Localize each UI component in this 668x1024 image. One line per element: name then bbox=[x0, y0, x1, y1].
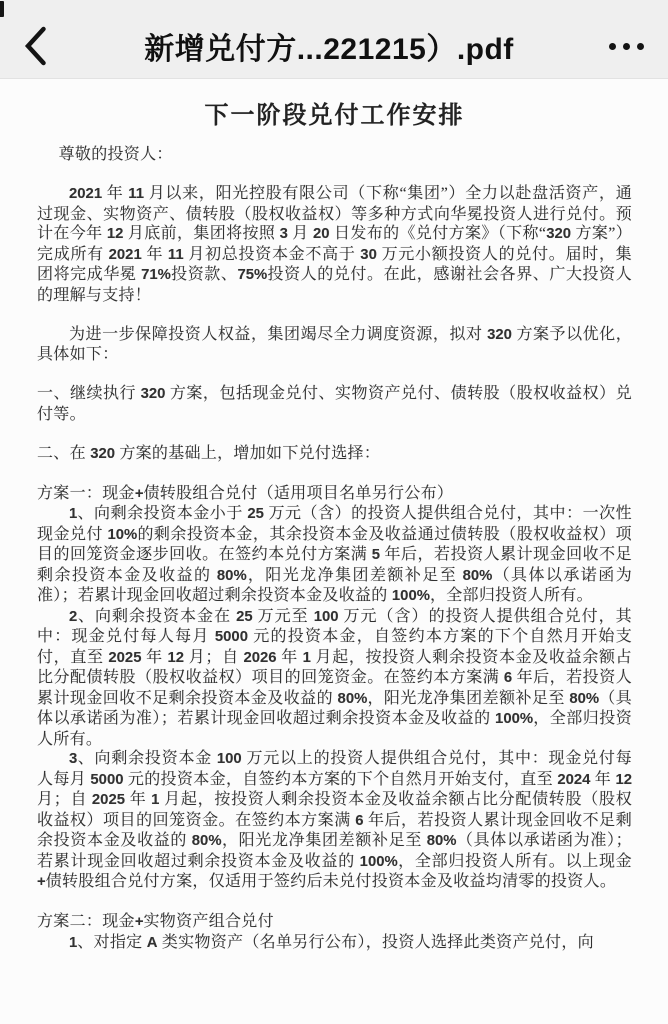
pdf-viewer-screen: 新增兑付方...221215）.pdf 下一阶段兑付工作安排 尊敬的投资人： 2… bbox=[0, 0, 668, 1024]
plan1-item-3: 3、向剩余投资本金 100 万元以上的投资人提供组合兑付，其中：现金兑付每人每月… bbox=[37, 749, 632, 893]
plan2-item-1: 1、对指定 A 类实物资产（名单另行公布），投资人选择此类资产兑付，向 bbox=[37, 933, 632, 954]
salutation: 尊敬的投资人： bbox=[37, 145, 632, 165]
section-2: 二、在 320 方案的基础上，增加如下兑付选择： bbox=[37, 444, 632, 465]
ellipsis-icon bbox=[609, 43, 616, 50]
screen-edge-artifact bbox=[0, 1, 4, 17]
plan1-item-2: 2、向剩余投资本金在 25 万元至 100 万元（含）的投资人提供组合兑付，其中… bbox=[37, 607, 632, 750]
pdf-page[interactable]: 下一阶段兑付工作安排 尊敬的投资人： 2021 年 11 月以来，阳光控股有限公… bbox=[0, 79, 668, 953]
more-button[interactable] bbox=[600, 24, 644, 68]
ellipsis-icon bbox=[637, 43, 644, 50]
chevron-left-icon bbox=[24, 26, 47, 66]
section-1: 一、继续执行 320 方案，包括现金兑付、实物资产兑付、债转股（股权收益权）兑付… bbox=[37, 384, 632, 424]
plan1-item-1: 1、向剩余投资本金小于 25 万元（含）的投资人提供组合兑付，其中：一次性现金兑… bbox=[37, 504, 632, 607]
top-bar: 新增兑付方...221215）.pdf bbox=[0, 0, 668, 79]
file-title: 新增兑付方...221215）.pdf bbox=[58, 24, 600, 68]
paragraph-optimize: 为进一步保障投资人权益，集团竭尽全力调度资源，拟对 320 方案予以优化，具体如… bbox=[37, 325, 632, 365]
ellipsis-icon bbox=[623, 43, 630, 50]
back-button[interactable] bbox=[24, 24, 58, 68]
paragraph-intro: 2021 年 11 月以来，阳光控股有限公司（下称“集团”）全力以赴盘活资产，通… bbox=[37, 184, 632, 305]
plan2-title: 方案二：现金+实物资产组合兑付 bbox=[37, 912, 632, 933]
plan1-title: 方案一：现金+债转股组合兑付（适用项目名单另行公布） bbox=[37, 484, 632, 505]
document-title: 下一阶段兑付工作安排 bbox=[37, 101, 632, 132]
